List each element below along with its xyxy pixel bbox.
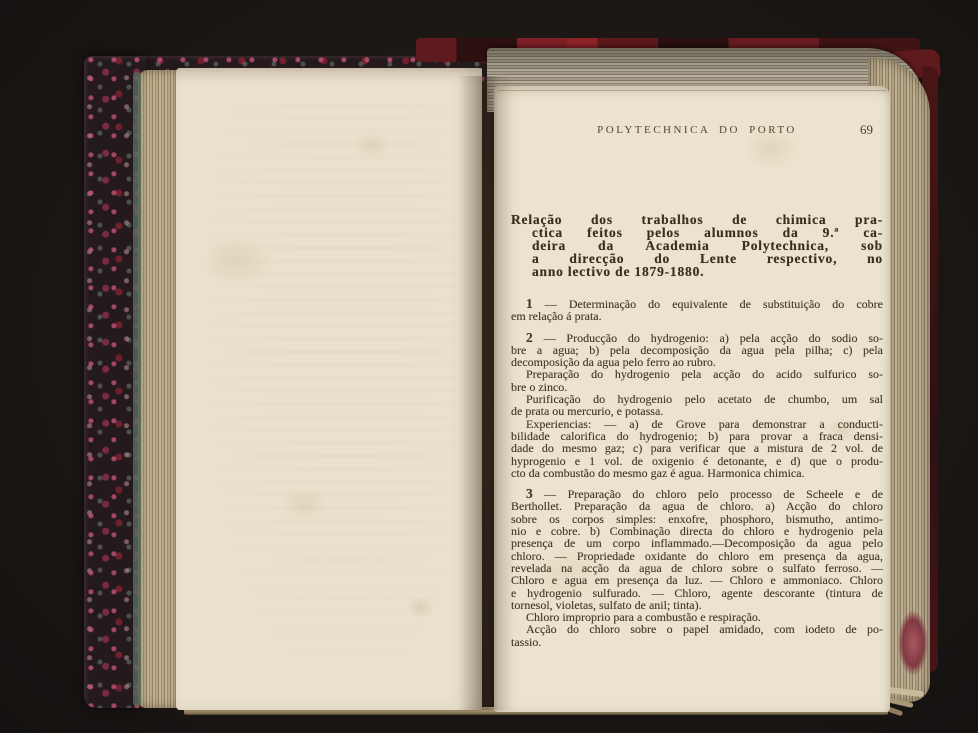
section: 3 — Preparação do chloro pelo processo d… (511, 488, 883, 648)
text-line: hyprogenio e 1 vol. de oxigenio é detona… (511, 455, 883, 467)
text-line: Preparação do hydrogenio pela acção do a… (511, 368, 883, 380)
red-marble-spot (898, 610, 928, 676)
showthrough-text (210, 104, 456, 664)
text-line: em relação á prata. (511, 310, 883, 322)
text-line: presença de um corpo inflammado.—Decompo… (511, 537, 883, 549)
page-edges-left (138, 70, 180, 708)
text-line: tassio. (511, 636, 883, 648)
section: 2 — Producção do hydrogenio: a) pela acç… (511, 332, 883, 480)
text-line: dade do mesmo gaz; c) para verificar que… (511, 442, 883, 454)
photo-backdrop: POLYTECHNICA DO PORTO 69 Relação dos tra… (0, 0, 978, 733)
left-page (176, 68, 482, 710)
text-line: anno lectivo de 1879-1880. (511, 265, 883, 278)
body-text: 1 — Determinação do equivalente de subst… (511, 298, 883, 648)
text-line: Chloro e agua em presença da luz. — Chlo… (511, 574, 883, 586)
running-header: POLYTECHNICA DO PORTO (511, 124, 883, 136)
text-line: e hydrogenio sulfurado. — Chloro, agente… (511, 587, 883, 599)
text-line: de prata ou mercurio, e potassa. (511, 405, 883, 417)
page-number: 69 (860, 122, 873, 138)
inner-edge-band (133, 72, 141, 706)
chapter-title: Relação dos trabalhos de chimica pra-cti… (511, 213, 883, 278)
text-line: Acção do chloro sobre o papel amidado, c… (511, 623, 883, 635)
text-column: POLYTECHNICA DO PORTO 69 Relação dos tra… (511, 124, 883, 648)
text-line: cto da combustão do mesmo gaz é agua. Ha… (511, 467, 883, 479)
text-line: Berthollet. Preparação da agua de chloro… (511, 500, 883, 512)
page-header: POLYTECHNICA DO PORTO 69 (511, 124, 883, 139)
section: 1 — Determinação do equivalente de subst… (511, 298, 883, 323)
right-page: POLYTECHNICA DO PORTO 69 Relação dos tra… (494, 86, 890, 712)
